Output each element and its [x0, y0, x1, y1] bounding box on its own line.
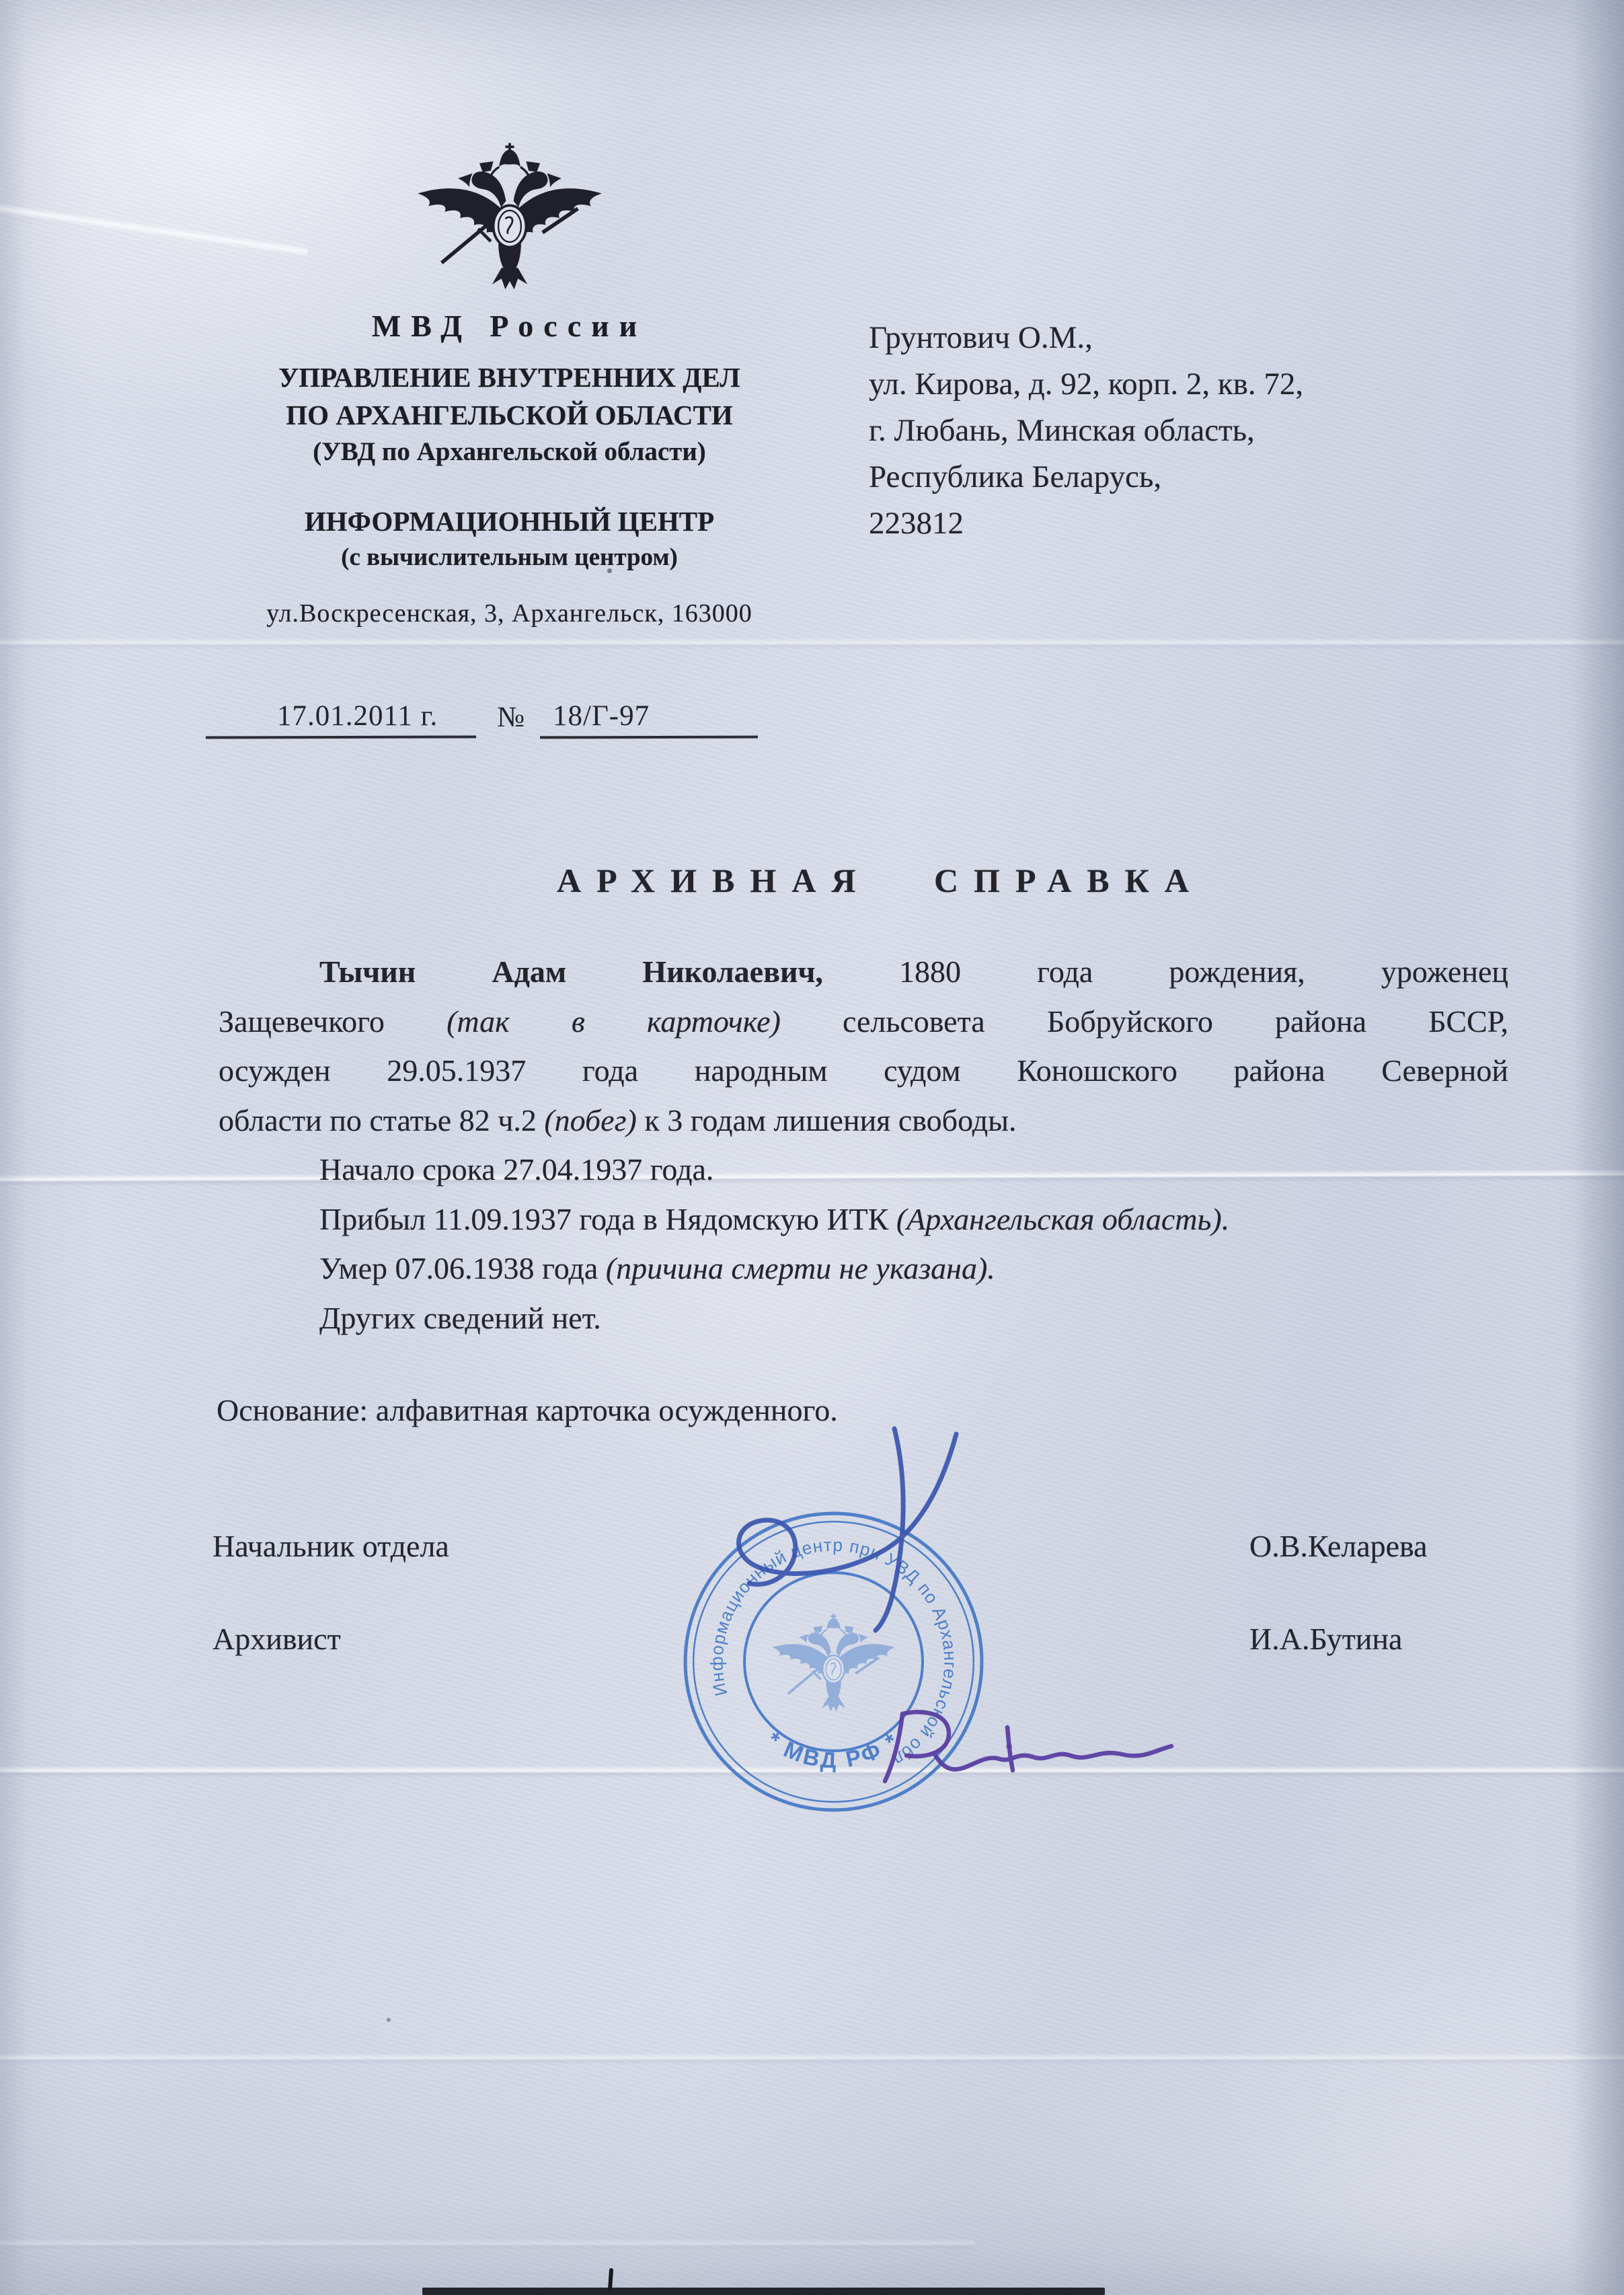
- subject-name: Тычин Адам Николаевич,: [319, 954, 823, 989]
- date-underline: [206, 735, 476, 739]
- recipient-address-block: Грунтович О.М., ул. Кирова, д. 92, корп.…: [869, 315, 1474, 547]
- body-text-segment: Умер 07.06.1938 года: [319, 1251, 606, 1285]
- number-sign: №: [497, 701, 525, 734]
- body-text-segment: Прибыл 11.09.1937 года в Нядомскую ИТК: [319, 1202, 896, 1236]
- scan-artifact: [422, 2288, 1105, 2295]
- scanned-archival-certificate: МВД России УПРАВЛЕНИЕ ВНУТРЕННИХ ДЕЛ ПО …: [0, 0, 1624, 2295]
- body-text-segment: области по статье 82 ч.2: [219, 1103, 544, 1137]
- italic-note: (так в карточке): [447, 1004, 781, 1039]
- italic-note: (причина смерти не указана).: [606, 1251, 995, 1285]
- body-text-segment: Защевечкого: [219, 1004, 447, 1039]
- document-body: Тычин Адам Николаевич, 1880 года рождени…: [219, 947, 1508, 1343]
- paper-speck: [387, 2018, 391, 2022]
- butina-signature-ink: [867, 1695, 1184, 1809]
- letterhead: МВД России УПРАВЛЕНИЕ ВНУТРЕННИХ ДЕЛ ПО …: [235, 138, 783, 629]
- document-title: АРХИВНАЯ СПРАВКА: [557, 861, 1204, 900]
- arrival-line: Прибыл 11.09.1937 года в Нядомскую ИТК (…: [219, 1195, 1508, 1244]
- department-name: ИНФОРМАЦИОННЫЙ ЦЕНТР: [235, 502, 783, 540]
- recipient-street: ул. Кирова, д. 92, корп. 2, кв. 72,: [869, 361, 1474, 408]
- org-abbreviation: (УВД по Архангельской области): [235, 434, 783, 470]
- recipient-name: Грунтович О.М.,: [869, 315, 1474, 361]
- body-line-2: Защевечкого (так в карточке) сельсовета …: [219, 997, 1508, 1047]
- recipient-postal-code: 223812: [869, 500, 1474, 547]
- recipient-country: Республика Беларусь,: [869, 454, 1474, 500]
- body-text-segment: к 3 годам лишения свободы.: [637, 1103, 1017, 1137]
- basis-line: Основание: алфавитная карточка осужденно…: [217, 1392, 838, 1428]
- paper-crease: [0, 638, 1624, 650]
- signatory-role: Начальник отдела: [212, 1528, 449, 1564]
- mvd-double-headed-eagle-icon: [409, 138, 611, 302]
- recipient-city: г. Любань, Минская область,: [869, 408, 1474, 454]
- kelareva-signature-ink: [693, 1426, 995, 1648]
- body-text-segment: сельсовета Бобруйского района БССР,: [781, 1004, 1508, 1039]
- italic-note: (побег): [544, 1103, 637, 1137]
- signatory-name: И.А.Бутина: [1249, 1621, 1402, 1657]
- agency-name: МВД России: [235, 309, 783, 344]
- italic-note: (Архангельская область).: [896, 1202, 1229, 1236]
- term-start-line: Начало срока 27.04.1937 года.: [219, 1145, 1508, 1195]
- org-name-line1: УПРАВЛЕНИЕ ВНУТРЕННИХ ДЕЛ: [235, 359, 783, 396]
- body-line-3: осужден 29.05.1937 года народным судом К…: [219, 1046, 1508, 1096]
- body-text-segment: 1880 года рождения, уроженец: [823, 954, 1508, 989]
- scan-edge-shadow: [0, 2012, 1624, 2295]
- document-number: 18/Г-97: [553, 700, 650, 732]
- signatory-name: О.В.Келарева: [1249, 1528, 1428, 1564]
- signatory-role: Архивист: [212, 1621, 341, 1657]
- number-underline: [540, 736, 758, 739]
- death-line: Умер 07.06.1938 года (причина смерти не …: [219, 1244, 1508, 1293]
- body-line-4: области по статье 82 ч.2 (побег) к 3 год…: [219, 1096, 1508, 1145]
- scan-edge-shadow: [0, 0, 27, 2295]
- body-line-1: Тычин Адам Николаевич, 1880 года рождени…: [219, 947, 1508, 997]
- sender-address: ул.Воскресенская, 3, Архангельск, 163000: [235, 598, 783, 629]
- document-date: 17.01.2011 г.: [277, 700, 438, 732]
- department-note: (с вычислительным центром): [235, 540, 783, 575]
- org-name-line2: ПО АРХАНГЕЛЬСКОЙ ОБЛАСТИ: [235, 396, 783, 434]
- scan-edge-shadow: [1570, 0, 1624, 2295]
- reference-row: 17.01.2011 г. № 18/Г-97: [0, 700, 1624, 747]
- no-info-line: Других сведений нет.: [219, 1293, 1508, 1343]
